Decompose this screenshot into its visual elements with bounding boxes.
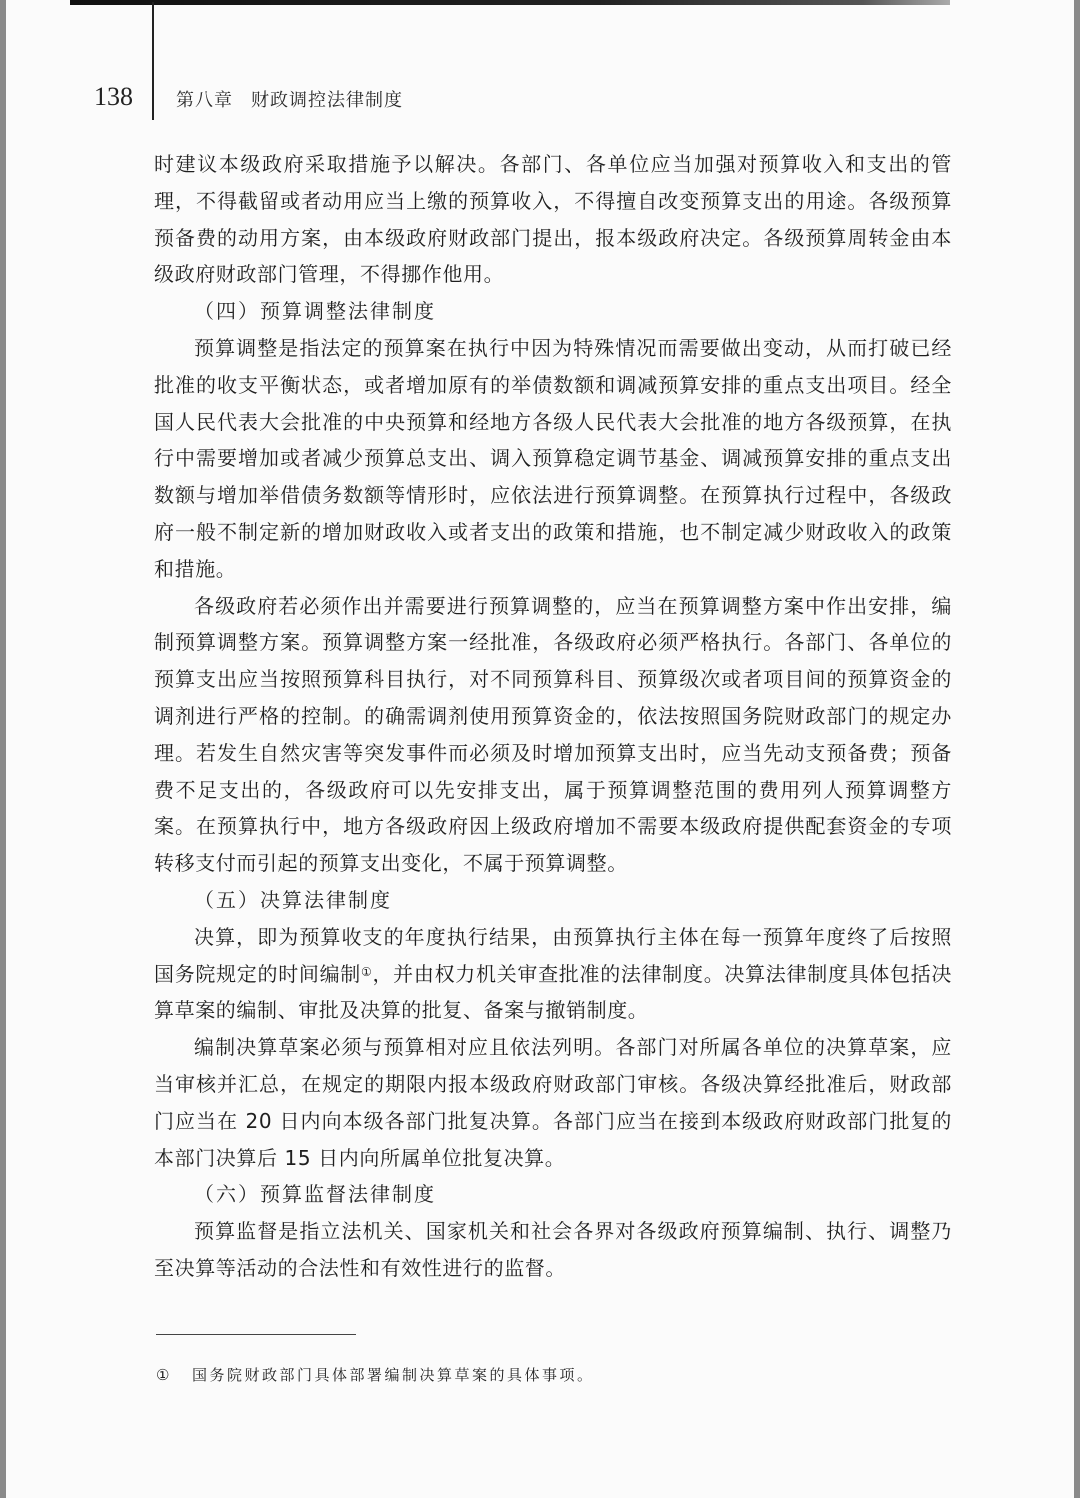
page-number: 138 xyxy=(94,82,133,112)
footnote-mark: ① xyxy=(156,1366,172,1384)
book-page: 138 第八章财政调控法律制度 时建议本级政府采取措施予以解决。各部门、各单位应… xyxy=(6,0,1074,1498)
paragraph: 预算调整是指法定的预算案在执行中因为特殊情况而需要做出变动，从而打破已经批准的收… xyxy=(154,330,952,588)
section-heading-4: （四）预算调整法律制度 xyxy=(154,293,952,330)
section-heading-6: （六）预算监督法律制度 xyxy=(154,1176,952,1213)
footnote-divider xyxy=(156,1334,356,1335)
paragraph: 编制决算草案必须与预算相对应且依法列明。各部门对所属各单位的决算草案，应当审核并… xyxy=(154,1029,952,1176)
chapter-label: 第八章 xyxy=(176,90,233,111)
paragraph: 预算监督是指立法机关、国家机关和社会各界对各级政府预算编制、执行、调整乃至决算等… xyxy=(154,1213,952,1287)
body-text: 时建议本级政府采取措施予以解决。各部门、各单位应当加强对预算收入和支出的管理，不… xyxy=(154,146,952,1287)
chapter-title: 财政调控法律制度 xyxy=(251,90,403,111)
top-scan-edge xyxy=(70,0,950,5)
paragraph: 决算，即为预算收支的年度执行结果，由预算执行主体在每一预算年度终了后按照国务院规… xyxy=(154,919,952,1029)
footnote-ref[interactable]: ① xyxy=(361,965,372,979)
header-divider xyxy=(152,2,154,120)
paragraph: 时建议本级政府采取措施予以解决。各部门、各单位应当加强对预算收入和支出的管理，不… xyxy=(154,146,952,293)
paragraph: 各级政府若必须作出并需要进行预算调整的，应当在预算调整方案中作出安排，编制预算调… xyxy=(154,588,952,882)
running-head: 第八章财政调控法律制度 xyxy=(176,86,421,112)
section-heading-5: （五）决算法律制度 xyxy=(154,882,952,919)
footnote-text: 国务院财政部门具体部署编制决算草案的具体事项。 xyxy=(192,1366,595,1384)
footnote: ①国务院财政部门具体部署编制决算草案的具体事项。 xyxy=(156,1364,594,1385)
